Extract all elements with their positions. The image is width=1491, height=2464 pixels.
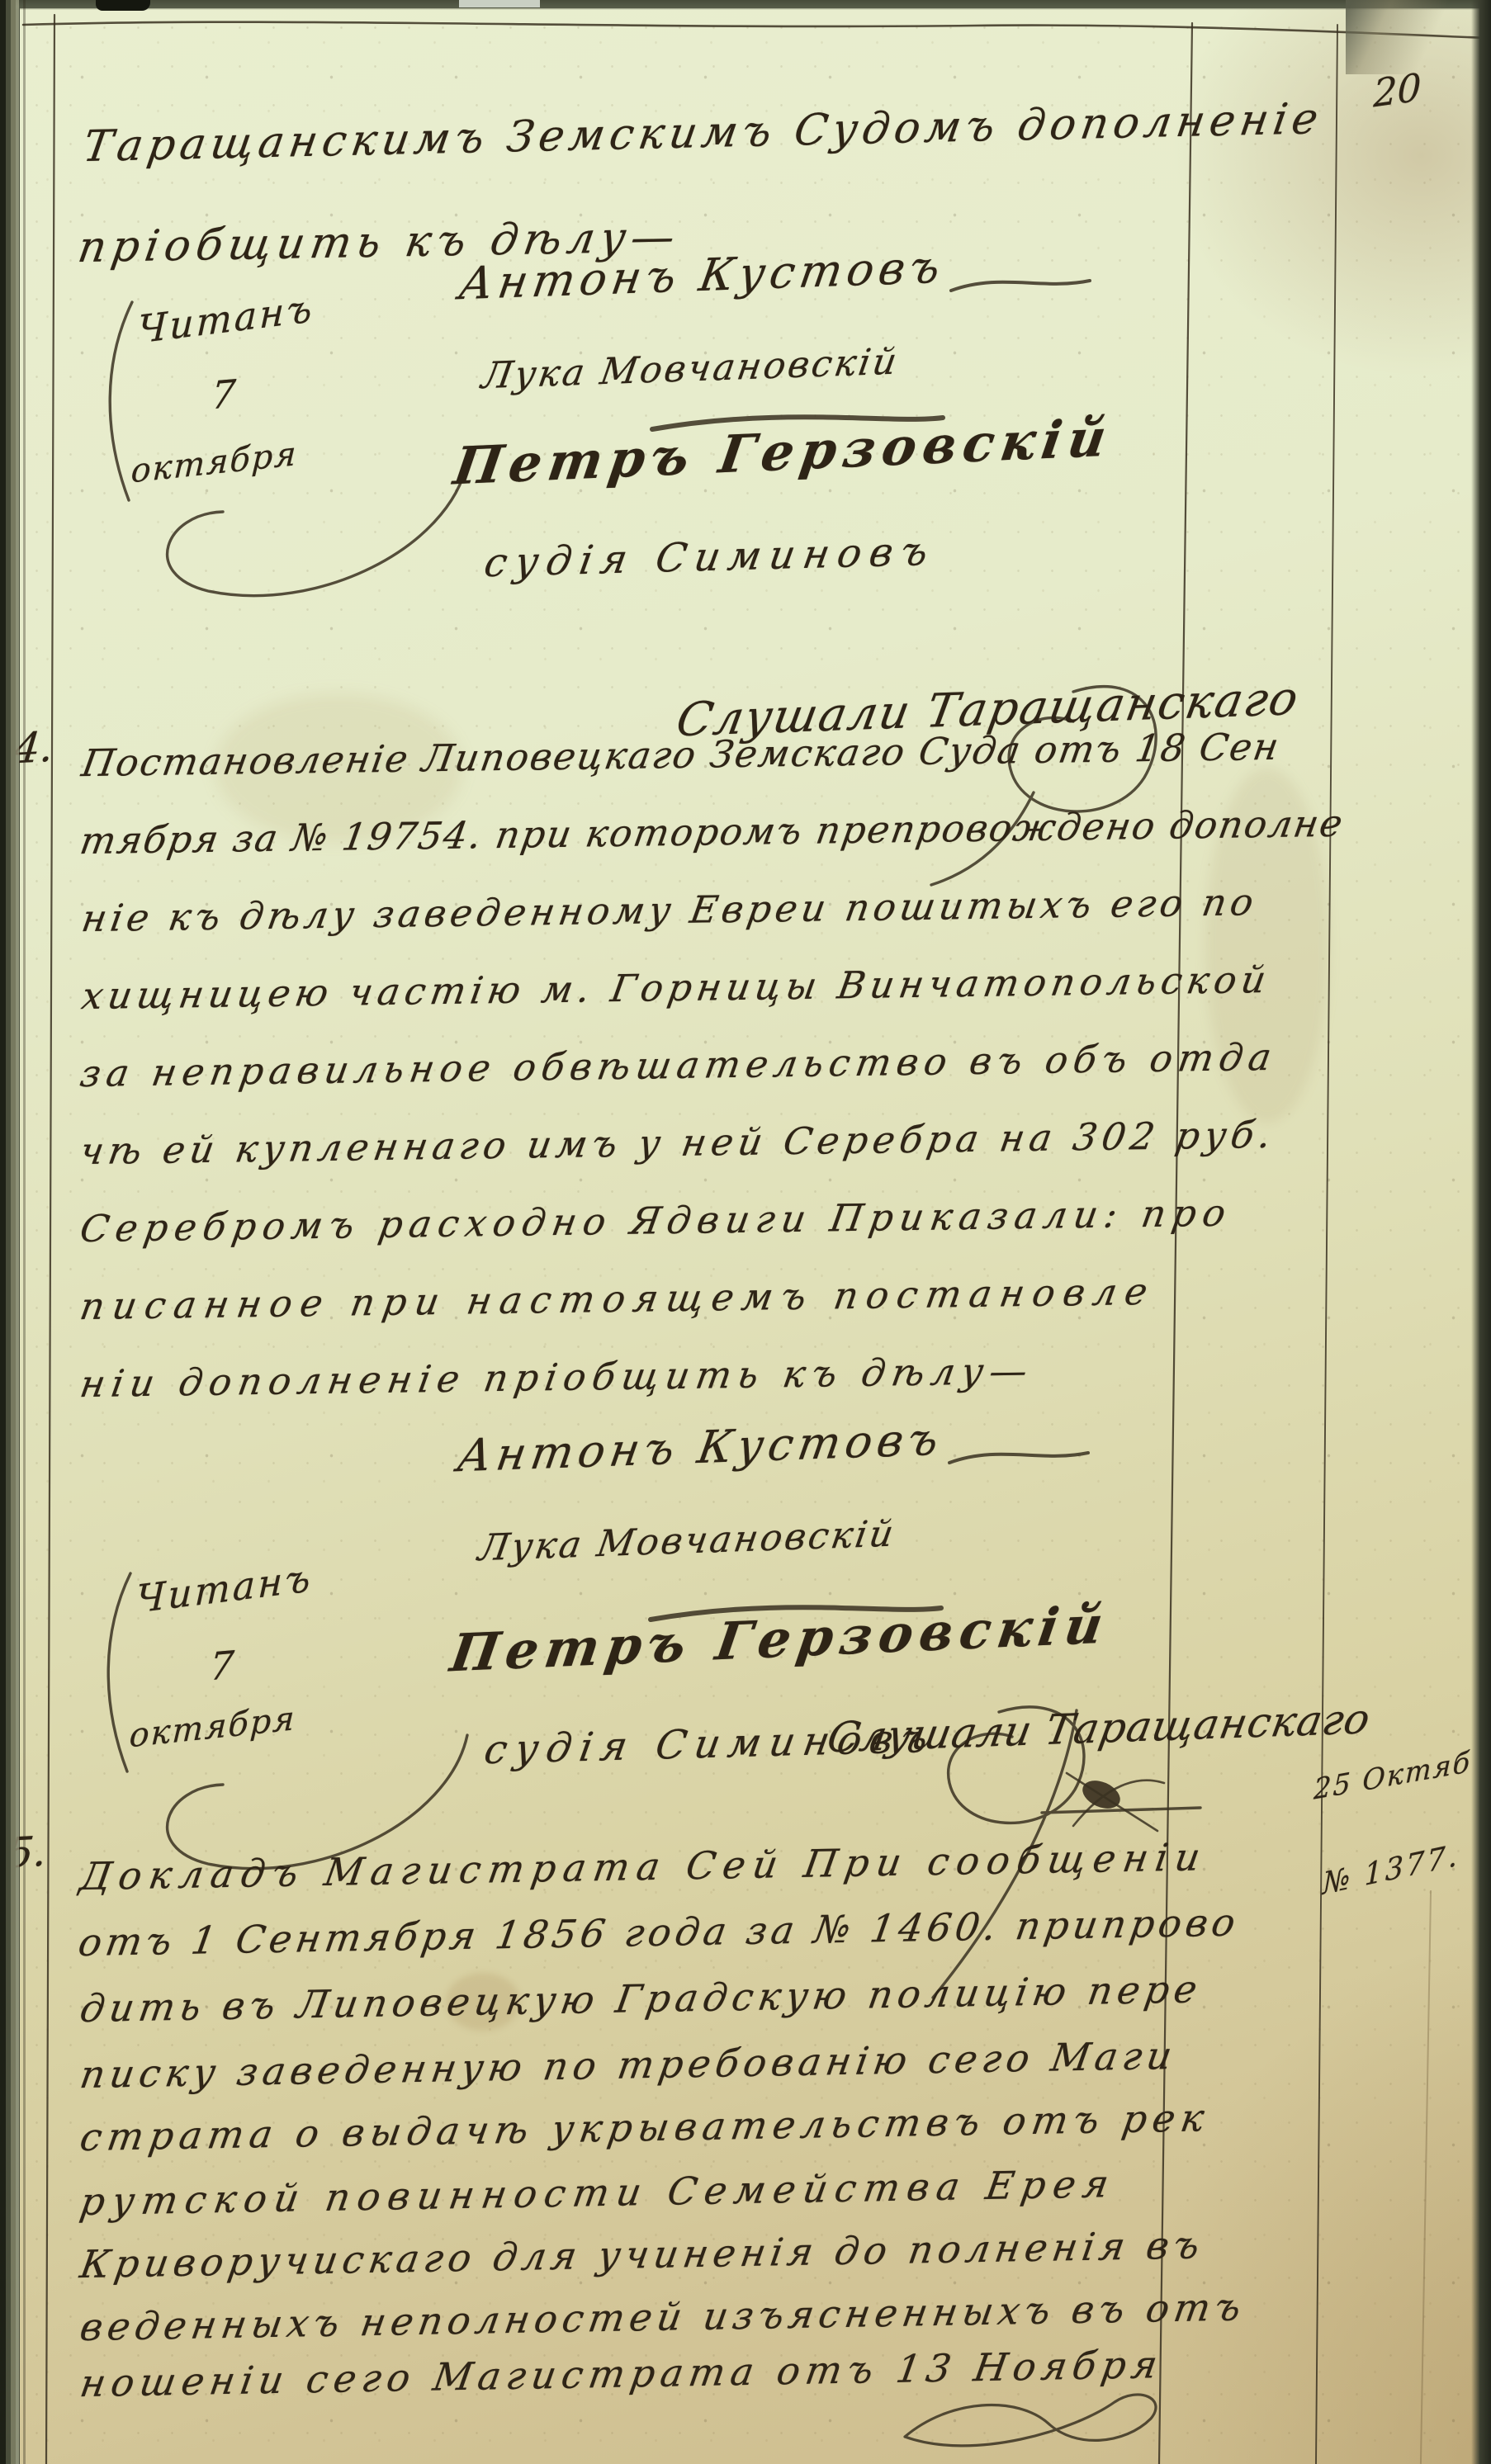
- scan-border-top: [0, 0, 1491, 10]
- scan-border-right: [1471, 0, 1491, 2464]
- scan-border-top-blob: [96, 0, 150, 11]
- scan-border-left: [0, 0, 21, 2464]
- page-corner-shadow: [1346, 0, 1491, 74]
- page-left-edge-shadow: [23, 0, 26, 2464]
- scanned-manuscript-page: 20 Таращанскимъ Земскимъ Судомъ дополнен…: [0, 0, 1491, 2464]
- margin-note-day: 7: [208, 1642, 235, 1689]
- scanner-light-notch: [459, 0, 540, 7]
- margin-note-day: 7: [210, 371, 237, 418]
